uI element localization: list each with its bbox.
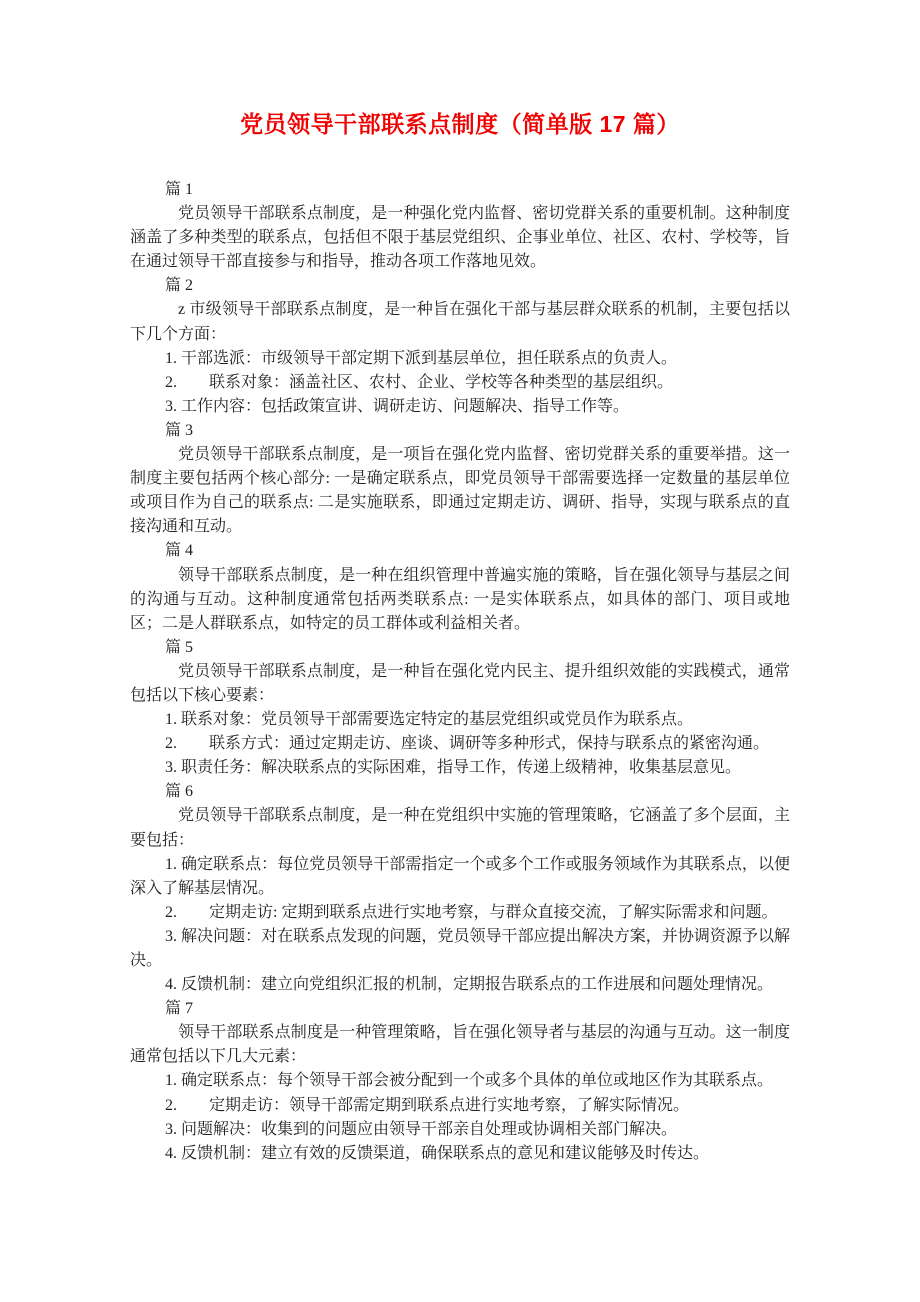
section-header: 篇 5 bbox=[130, 636, 790, 660]
list-item: 2. 定期走访: 定期到联系点进行实地考察，与群众直接交流，了解实际需求和问题。 bbox=[130, 901, 790, 925]
list-item: 2. 联系对象：涵盖社区、农村、企业、学校等各种类型的基层组织。 bbox=[130, 371, 790, 395]
paragraph: 领导干部联系点制度，是一种在组织管理中普遍实施的策略，旨在强化领导与基层之间的沟… bbox=[130, 564, 790, 636]
paragraph: 领导干部联系点制度是一种管理策略，旨在强化领导者与基层的沟通与互动。这一制度通常… bbox=[130, 1021, 790, 1069]
list-item: 1. 确定联系点：每个领导干部会被分配到一个或多个具体的单位或地区作为其联系点。 bbox=[130, 1069, 790, 1093]
paragraph: 党员领导干部联系点制度，是一项旨在强化党内监督、密切党群关系的重要举措。这一制度… bbox=[130, 443, 790, 539]
list-item: 1. 联系对象：党员领导干部需要选定特定的基层党组织或党员作为联系点。 bbox=[130, 708, 790, 732]
document-page: 党员领导干部联系点制度（简单版 17 篇） 篇 1党员领导干部联系点制度，是一种… bbox=[0, 0, 920, 1302]
document-title: 党员领导干部联系点制度（简单版 17 篇） bbox=[0, 0, 920, 142]
section-header: 篇 6 bbox=[130, 780, 790, 804]
paragraph: z 市级领导干部联系点制度，是一种旨在强化干部与基层群众联系的机制，主要包括以下… bbox=[130, 298, 790, 346]
list-item: 2. 定期走访：领导干部需定期到联系点进行实地考察，了解实际情况。 bbox=[130, 1094, 790, 1118]
list-item: 1. 干部选派：市级领导干部定期下派到基层单位，担任联系点的负责人。 bbox=[130, 347, 790, 371]
paragraph: 党员领导干部联系点制度，是一种强化党内监督、密切党群关系的重要机制。这种制度涵盖… bbox=[130, 202, 790, 274]
list-item: 3. 解决问题：对在联系点发现的问题，党员领导干部应提出解决方案，并协调资源予以… bbox=[130, 925, 790, 973]
paragraph: 党员领导干部联系点制度，是一种旨在强化党内民主、提升组织效能的实践模式，通常包括… bbox=[130, 660, 790, 708]
list-item: 2. 联系方式：通过定期走访、座谈、调研等多种形式，保持与联系点的紧密沟通。 bbox=[130, 732, 790, 756]
section-header: 篇 3 bbox=[130, 419, 790, 443]
list-item: 4. 反馈机制：建立向党组织汇报的机制，定期报告联系点的工作进展和问题处理情况。 bbox=[130, 973, 790, 997]
document-body: 篇 1党员领导干部联系点制度，是一种强化党内监督、密切党群关系的重要机制。这种制… bbox=[130, 178, 790, 1166]
list-item: 1. 确定联系点：每位党员领导干部需指定一个或多个工作或服务领域作为其联系点，以… bbox=[130, 853, 790, 901]
list-item: 3. 工作内容：包括政策宣讲、调研走访、问题解决、指导工作等。 bbox=[130, 395, 790, 419]
section-header: 篇 1 bbox=[130, 178, 790, 202]
list-item: 3. 职责任务：解决联系点的实际困难，指导工作，传递上级精神，收集基层意见。 bbox=[130, 756, 790, 780]
section-header: 篇 4 bbox=[130, 539, 790, 563]
section-header: 篇 7 bbox=[130, 997, 790, 1021]
list-item: 4. 反馈机制：建立有效的反馈渠道，确保联系点的意见和建议能够及时传达。 bbox=[130, 1142, 790, 1166]
paragraph: 党员领导干部联系点制度，是一种在党组织中实施的管理策略，它涵盖了多个层面，主要包… bbox=[130, 804, 790, 852]
section-header: 篇 2 bbox=[130, 274, 790, 298]
list-item: 3. 问题解决：收集到的问题应由领导干部亲自处理或协调相关部门解决。 bbox=[130, 1118, 790, 1142]
